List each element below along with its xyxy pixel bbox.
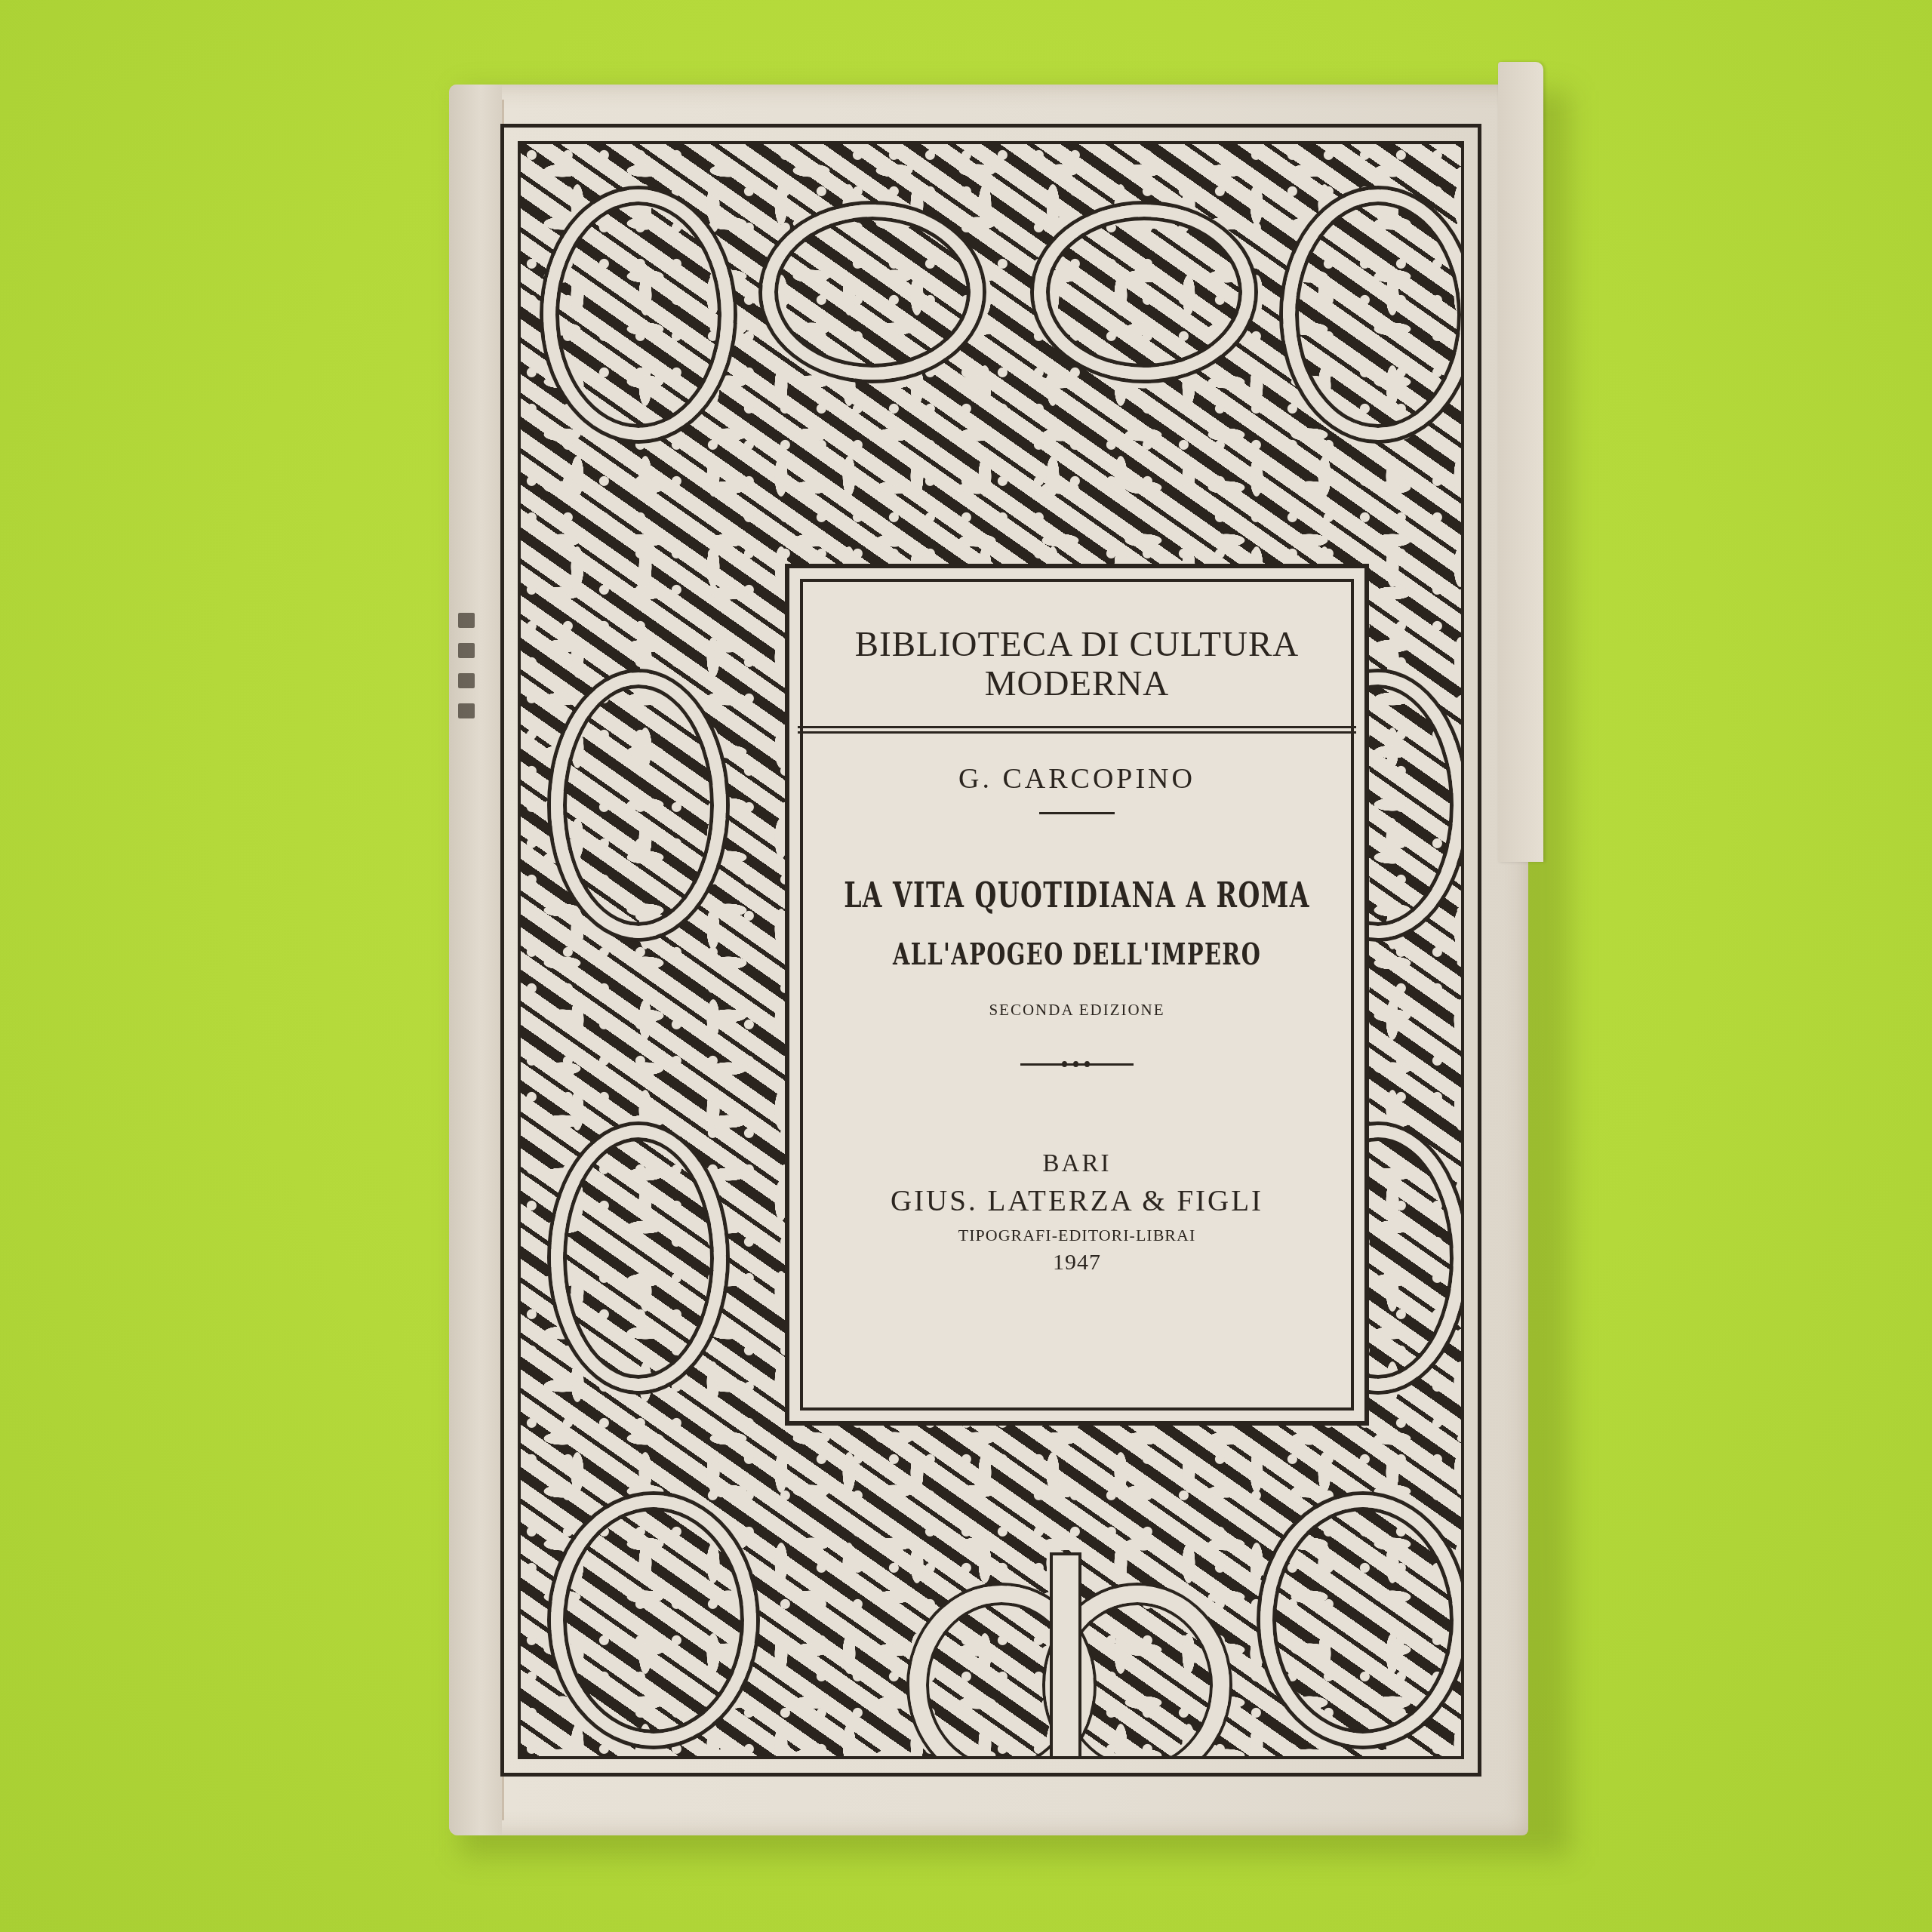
ornament-rule-divider (1020, 1063, 1134, 1066)
publisher-name: GIUS. LATERZA & FIGLI (891, 1184, 1263, 1218)
series-line-1: BIBLIOTECA DI CULTURA (855, 626, 1300, 665)
spine-text-mark (458, 673, 475, 688)
ornament-dot (1084, 1061, 1090, 1067)
leaf-swirl (1283, 189, 1464, 440)
leaf-swirl (543, 189, 734, 440)
leaf-swirl (1260, 1495, 1464, 1746)
ornament-dot (1073, 1061, 1078, 1067)
series-line-2: MODERNA (855, 665, 1300, 704)
publisher-city: BARI (1043, 1150, 1112, 1178)
title-panel-inner: BIBLIOTECA DI CULTURA MODERNA G. CARCOPI… (800, 579, 1354, 1411)
series-title: BIBLIOTECA DI CULTURA MODERNA (855, 626, 1300, 703)
leaf-swirl (1034, 205, 1254, 380)
ornament-dot (1062, 1061, 1067, 1067)
leaf-swirl (551, 1125, 726, 1391)
publication-year: 1947 (1053, 1250, 1101, 1275)
double-rule-divider (798, 726, 1356, 734)
book-title: LA VITA QUOTIDIANA A ROMA (844, 875, 1310, 915)
publisher-trades: TIPOGRAFI-EDITORI-LIBRAI (958, 1226, 1195, 1245)
author-name: G. CARCOPINO (958, 762, 1195, 795)
leaf-swirl (551, 672, 726, 938)
torn-cover-flap (1498, 62, 1543, 862)
short-rule-divider (1039, 812, 1115, 814)
book: BIBLIOTECA DI CULTURA MODERNA G. CARCOPI… (449, 85, 1528, 1835)
spine-text-mark (458, 613, 475, 628)
book-subtitle: ALL'APOGEO DELL'IMPERO (893, 937, 1261, 972)
leaf-swirl (551, 1495, 756, 1746)
monogram-stem (1053, 1555, 1078, 1759)
title-panel: BIBLIOTECA DI CULTURA MODERNA G. CARCOPI… (789, 568, 1364, 1421)
spine-text-mark (458, 703, 475, 718)
GL-interlaced-monogram-icon (864, 1555, 1287, 1759)
edition-label: SECONDA EDIZIONE (989, 1001, 1164, 1020)
ornamental-border-frame: BIBLIOTECA DI CULTURA MODERNA G. CARCOPI… (500, 124, 1481, 1777)
book-spine (449, 85, 502, 1835)
spine-text-mark (458, 643, 475, 658)
leaf-swirl (762, 205, 983, 380)
